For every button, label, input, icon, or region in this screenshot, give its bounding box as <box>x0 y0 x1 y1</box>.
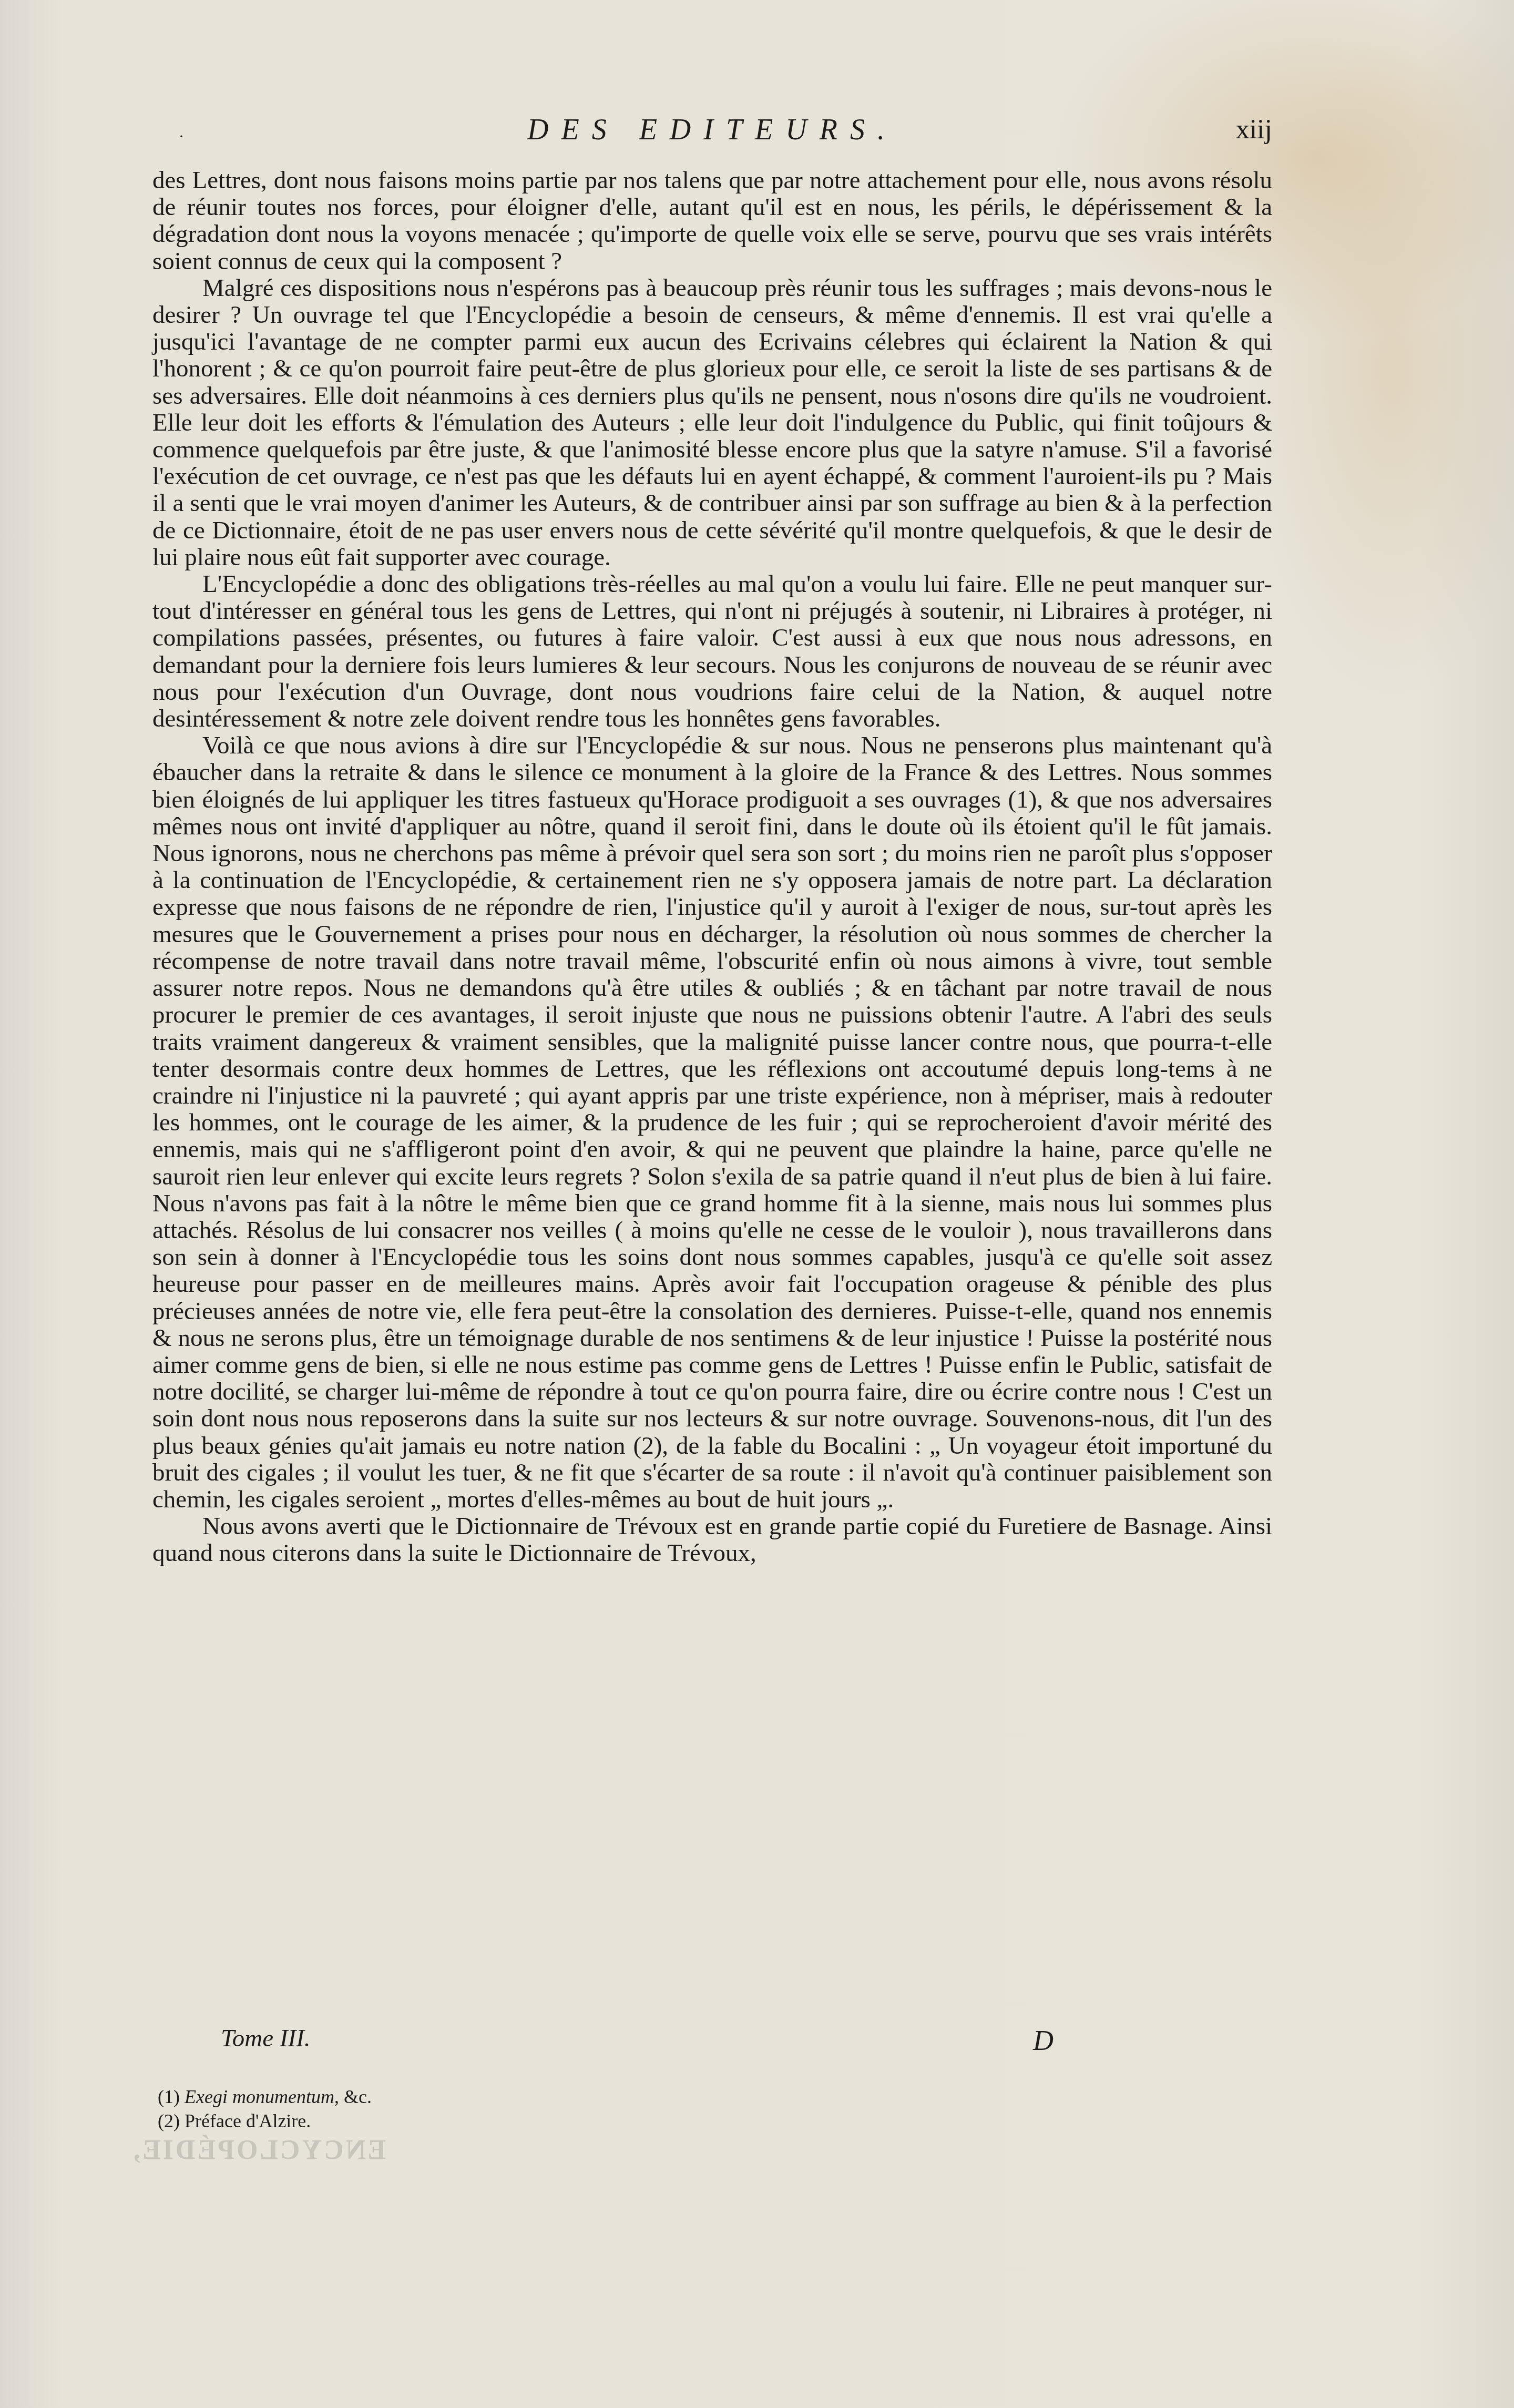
footnotes: (1) Exegi monumentum, &c. (2) Préface d'… <box>158 2085 372 2133</box>
document-page: · DES EDITEURS. xiij des Lettres, dont n… <box>0 0 1514 2408</box>
footnote-marker: (1) <box>158 2086 180 2107</box>
running-head: · DES EDITEURS. xiij <box>152 113 1272 150</box>
paragraph-1: des Lettres, dont nous faisons moins par… <box>152 167 1272 275</box>
show-through-text: ENCYCLOPÉDIE, <box>131 2135 386 2166</box>
paragraph-2: Malgré ces dispositions nous n'espérons … <box>152 275 1272 571</box>
page-number: xiij <box>1236 114 1272 145</box>
running-title: DES EDITEURS. <box>152 113 1272 147</box>
signature-line: Tome III. D <box>221 2024 1220 2061</box>
paragraph-4: Voilà ce que nous avions à dire sur l'En… <box>152 732 1272 1513</box>
volume-label: Tome III. <box>221 2024 311 2053</box>
paragraph-5: Nous avons averti que le Dictionnaire de… <box>152 1513 1272 1567</box>
footnote-2: (2) Préface d'Alzire. <box>158 2109 372 2133</box>
gathering-signature: D <box>1033 2024 1053 2057</box>
footnote-text: Préface d'Alzire. <box>185 2110 311 2131</box>
paragraph-3: L'Encyclopédie a donc des obligations tr… <box>152 571 1272 732</box>
body-text: des Lettres, dont nous faisons moins par… <box>152 167 1272 1567</box>
footnote-suffix: , &c. <box>334 2086 372 2107</box>
footnote-1: (1) Exegi monumentum, &c. <box>158 2085 372 2109</box>
footnote-text: Exegi monumentum <box>185 2086 334 2107</box>
footnote-marker: (2) <box>158 2110 180 2131</box>
